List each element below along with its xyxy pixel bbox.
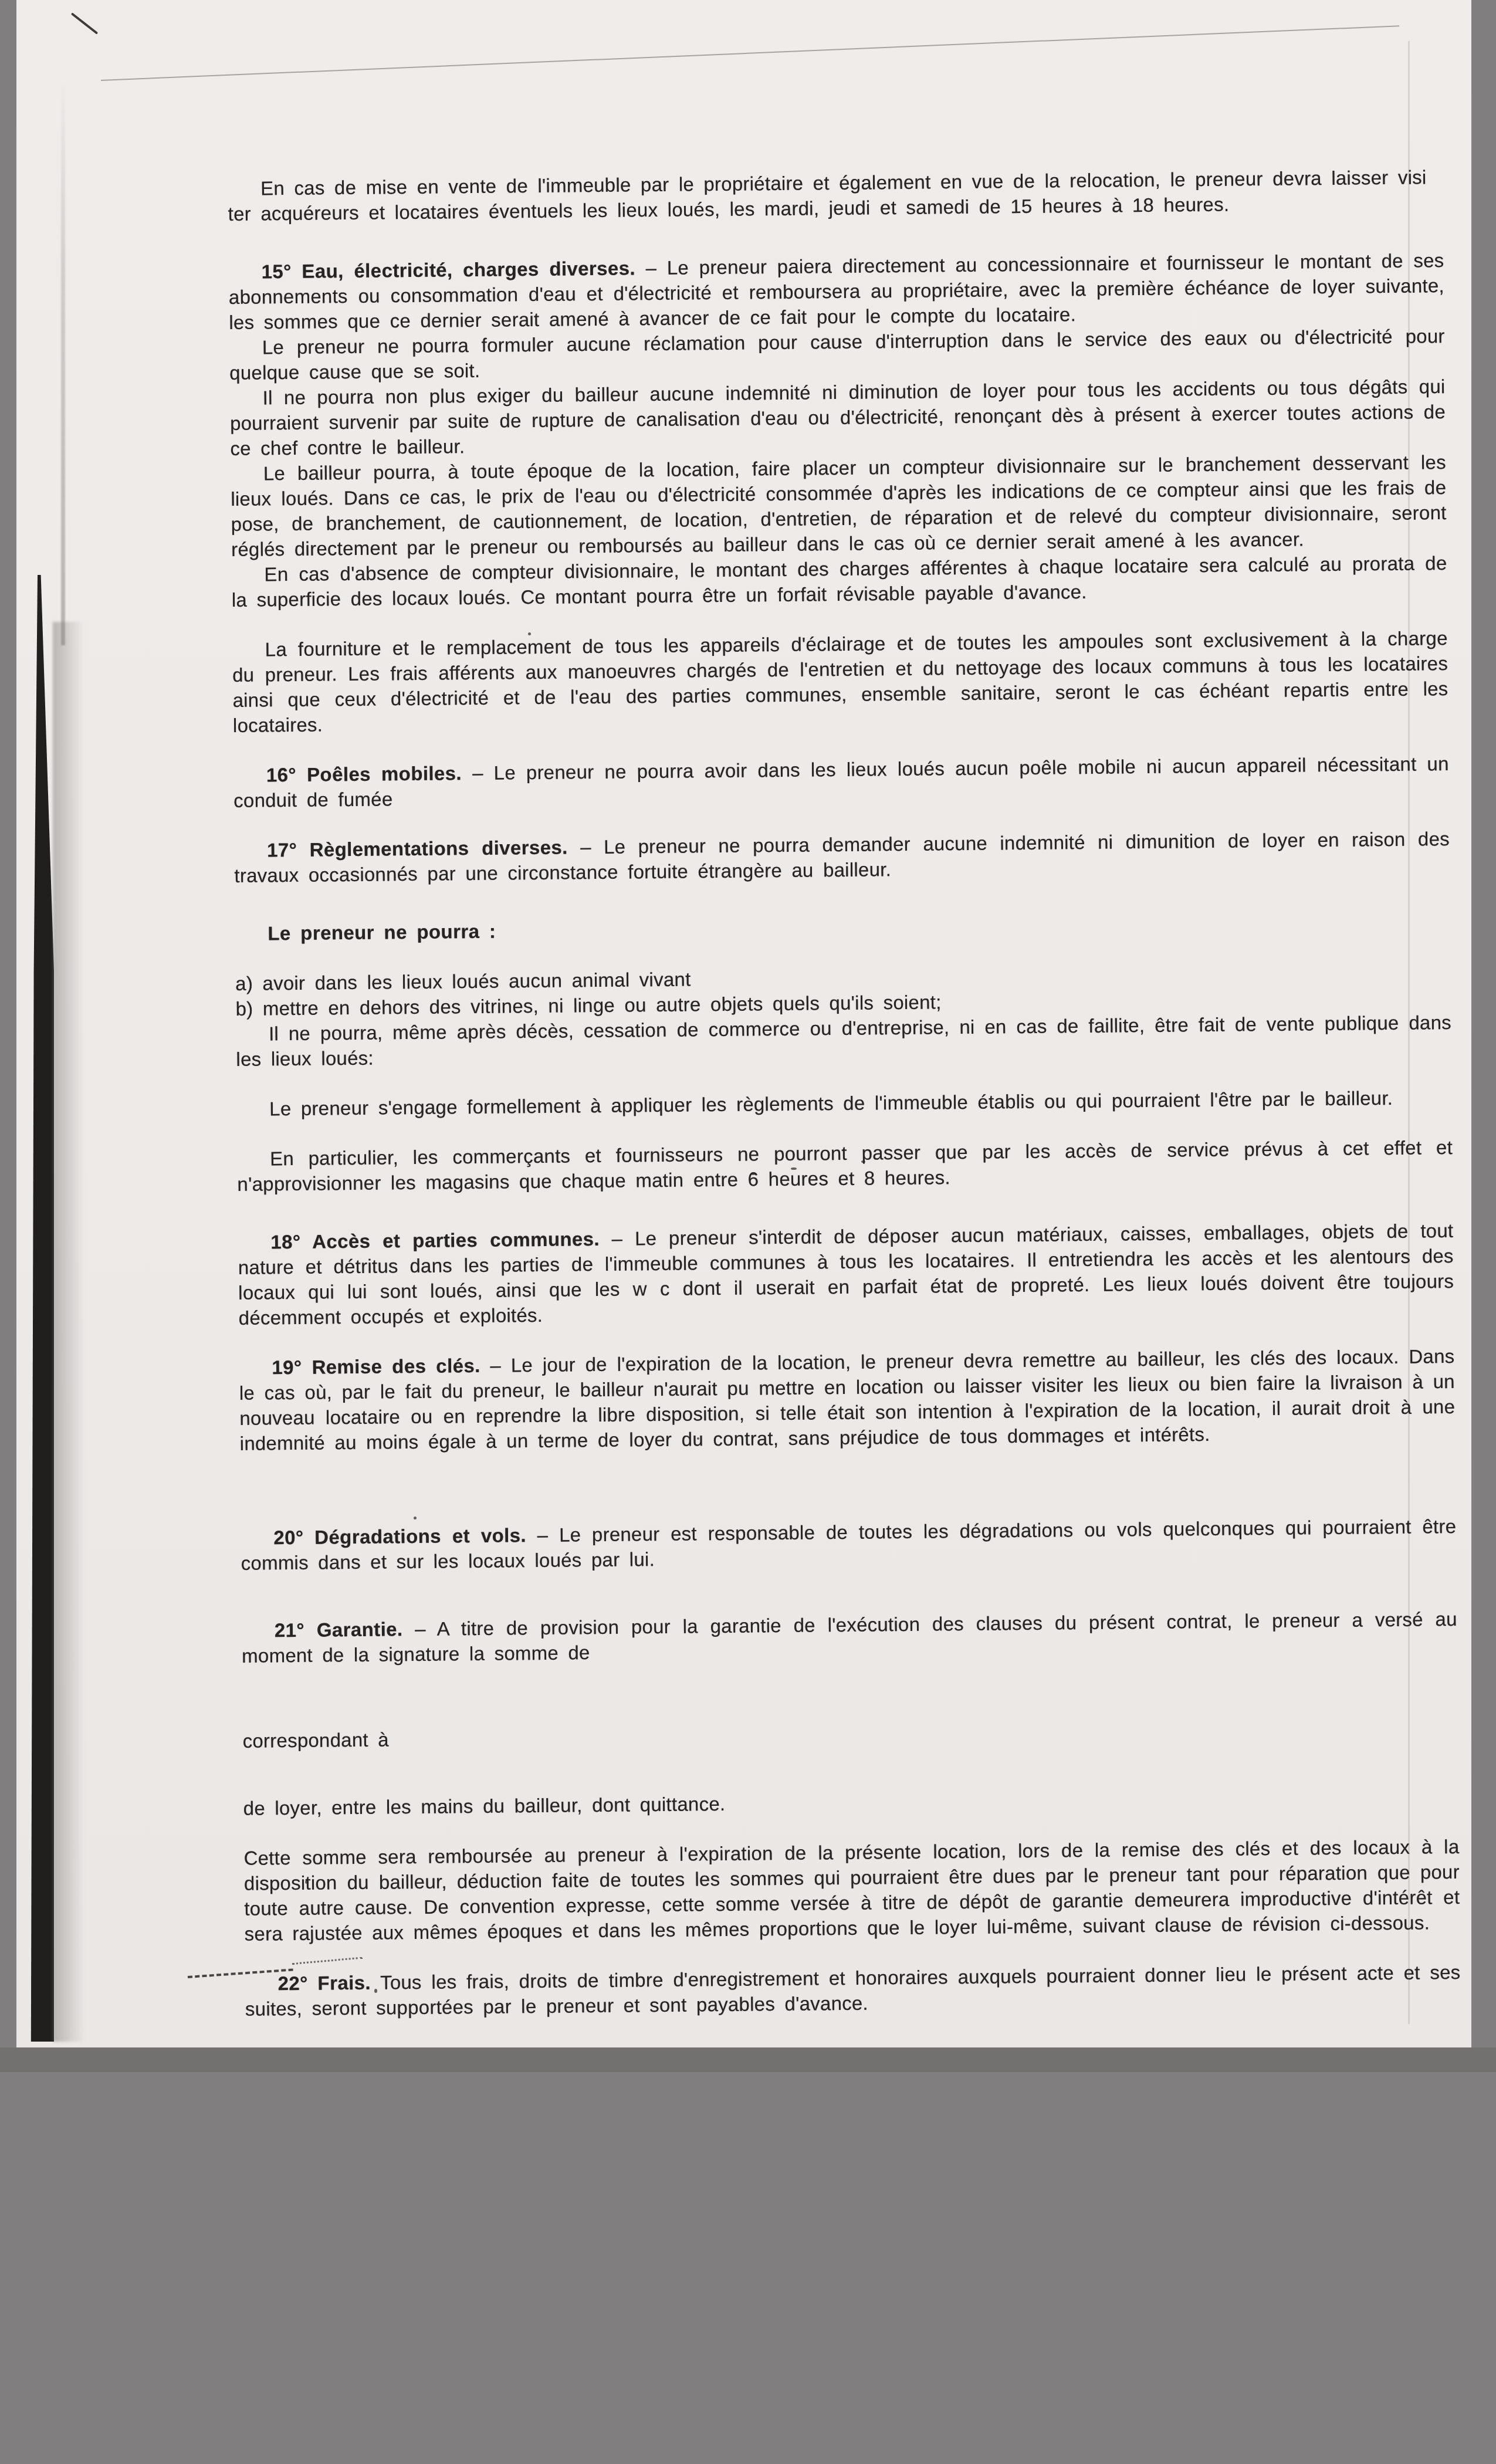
clause-text: Le preneur ne pourra formuler aucune réc… [229, 325, 1445, 384]
clause-text: ter acquéreurs et locataires éventuels l… [228, 194, 1229, 225]
clause-text: Le preneur s'engage formellement à appli… [269, 1087, 1393, 1119]
left-crease-artifact [61, 82, 65, 645]
paragraph: 17° Règlementations diverses. – Le prene… [234, 826, 1450, 888]
scanner-background: En cas de mise en vente de l'immeuble pa… [0, 0, 1496, 2464]
clause-heading: Le preneur ne pourra : [268, 920, 496, 945]
clause-heading: 20° Dégradations et vols. [273, 1524, 526, 1548]
clause-text: En particulier, les commerçants et fourn… [237, 1136, 1453, 1195]
paragraph: La fourniture et le remplacement de tous… [232, 625, 1449, 738]
paragraph: de loyer, entre les mains du bailleur, d… [243, 1784, 1458, 1821]
paragraph: Il ne pourra non plus exiger du bailleur… [229, 374, 1446, 461]
clause-heading: 18° Accès et parties communes. [270, 1228, 600, 1253]
paragraph: 19° Remise des clés. – Le jour de l'expi… [239, 1343, 1456, 1456]
clause-text: Il ne pourra non plus exiger du bailleur… [230, 375, 1446, 459]
clause-text: correspondant à [242, 1728, 389, 1751]
clause-text: – A titre de provision pour la garantie … [242, 1608, 1457, 1667]
paragraph: 15° Eau, électricité, charges diverses. … [228, 248, 1444, 335]
paragraph: 22° Frais. Tous les frais, droits de tim… [245, 1959, 1461, 2022]
paragraph: 20° Dégradations et vols. – Le preneur e… [241, 1514, 1457, 1576]
paragraph: 21° Garantie. – A titre de provision pou… [242, 1606, 1458, 1668]
clause-heading: 19° Remise des clés. [272, 1355, 480, 1378]
corner-mark-artifact [71, 12, 99, 35]
clause-text: Le bailleur pourra, à toute époque de la… [231, 451, 1447, 560]
clause-heading: 22° Frais. [277, 1972, 371, 1995]
clause-text: La fourniture et le remplacement de tous… [232, 627, 1448, 736]
clause-text: de loyer, entre les mains du bailleur, d… [243, 1793, 726, 1819]
clause-heading: 15° Eau, électricité, charges diverses. [261, 257, 635, 282]
paragraph: 18° Accès et parties communes. – Le pren… [238, 1218, 1454, 1331]
paragraph: En cas de mise en vente de l'immeuble pa… [228, 164, 1444, 226]
page-bottom-shadow [0, 2047, 1496, 2072]
scan-edge-bar-artifact [31, 575, 54, 2042]
paragraph: Le preneur s'engage formellement à appli… [236, 1085, 1452, 1122]
clause-heading: 17° Règlementations diverses. [267, 836, 568, 861]
clause-text: Il ne pourra, même après décès, cessatio… [236, 1011, 1451, 1070]
clause-text: Cette somme sera remboursée au preneur à… [243, 1836, 1460, 1945]
paragraph: correspondant à [242, 1717, 1458, 1754]
document-text: En cas de mise en vente de l'immeuble pa… [226, 0, 1461, 2022]
paragraph: Le preneur ne pourra : [235, 909, 1450, 946]
clause-text: a) avoir dans les lieux loués aucun anim… [235, 968, 691, 994]
scan-smudge-artifact [53, 622, 95, 2042]
clause-text: Tous les frais, droits de timbre d'enreg… [245, 1961, 1461, 2020]
paragraph: 16° Poêles mobiles. – Le preneur ne pour… [233, 751, 1450, 813]
paragraph: Cette somme sera remboursée au preneur à… [243, 1834, 1460, 1947]
paragraph: Le bailleur pourra, à toute époque de la… [231, 449, 1447, 562]
scanned-page: En cas de mise en vente de l'immeuble pa… [16, 0, 1471, 2047]
clause-text: En cas d'absence de compteur divisionnai… [232, 552, 1447, 611]
clause-heading: 16° Poêles mobiles. [266, 762, 462, 786]
clause-text: En cas de mise en vente de l'immeuble pa… [260, 166, 1427, 199]
clause-heading: 21° Garantie. [275, 1618, 403, 1641]
paragraph: En particulier, les commerçants et fourn… [237, 1135, 1453, 1197]
